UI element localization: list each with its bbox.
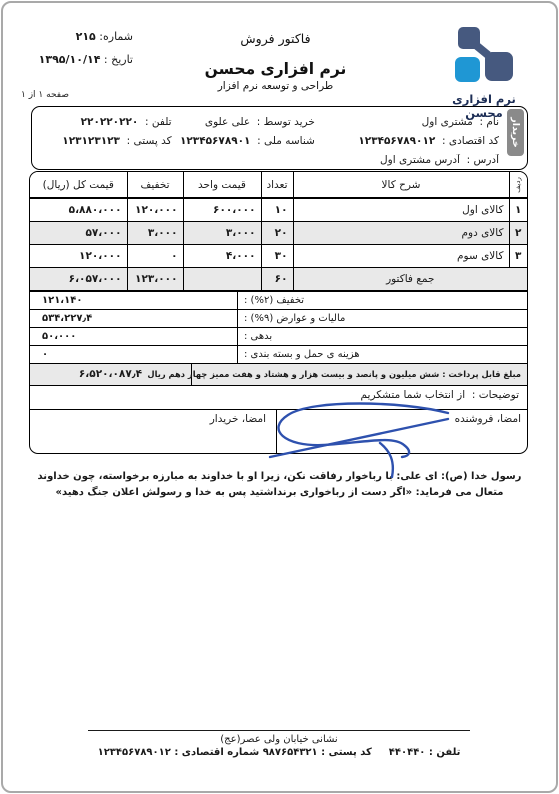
logo-squares-icon: [455, 27, 513, 85]
item-row: ۲ کالای دوم ۲۰ ۳،۰۰۰ ۳،۰۰۰ ۵۷،۰۰۰: [30, 221, 527, 244]
col-header-row-number: ردیف: [509, 172, 527, 198]
total-quantity: ۶۰: [275, 273, 288, 285]
hadith-text: رسول خدا (ص): ای علی: با رباخوار رفاقت ن…: [34, 469, 526, 500]
seller-signature-cell: امضا، فروشنده: [276, 410, 527, 453]
buyer-address-value: آدرس مشتری اول: [380, 154, 460, 166]
buyer-tab: خریدار: [507, 109, 524, 156]
signature-section: امضا، فروشنده امضا، خریدار: [30, 409, 527, 453]
item-description: کالای اول: [293, 198, 509, 221]
col-header-description: شرح کالا: [293, 172, 509, 198]
footer-address: نشانی خیابان ولی عصر(عج): [88, 734, 470, 745]
item-discount: ۰: [171, 250, 177, 262]
invoice-page: نرم افزاری محسن فاکتور فروش نرم افزاری م…: [1, 1, 558, 793]
hadith-note: رسول خدا (ص): ای علی: با رباخوار رفاقت ن…: [33, 469, 526, 500]
item-row: ۱ کالای اول ۱۰ ۶۰۰،۰۰۰ ۱۲۰،۰۰۰ ۵،۸۸۰،۰۰۰: [30, 198, 527, 221]
summary-shipping-row: هزینه ی حمل و بسته بندی : ۰: [30, 345, 527, 363]
buyer-postal-value: ۱۲۳۱۲۳۱۲۳: [62, 135, 120, 147]
items-header-row: ردیف شرح کالا تعداد قیمت واحد تخفیف قیمت…: [30, 172, 527, 198]
company-tagline: طراحی و توسعه نرم افزار: [163, 80, 388, 92]
purchased-by-value: علی علوی: [205, 116, 250, 128]
purchased-by-field: خرید توسط : علی علوی: [172, 116, 315, 128]
col-header-unit-price: قیمت واحد: [183, 172, 261, 198]
item-discount: ۱۲۰،۰۰۰: [135, 204, 177, 216]
header-center: فاکتور فروش نرم افزاری محسن طراحی و توسع…: [163, 31, 388, 92]
invoice-number-value: ۲۱۵: [76, 30, 96, 43]
buyer-tab-label: خریدار: [510, 117, 521, 148]
total-amount: ۶،۰۵۷،۰۰۰: [69, 273, 122, 285]
page-number: صفحه ۱ از ۱: [21, 90, 69, 100]
item-description: کالای دوم: [293, 221, 509, 244]
footer-postal-value: ۹۸۷۶۵۴۳۲۱: [263, 747, 318, 758]
notes-row: توضیحات : از انتخاب شما متشکریم: [30, 385, 527, 409]
item-total: ۵،۸۸۰،۰۰۰: [69, 204, 122, 216]
payable-amount-value: ۶،۵۲۰،۰۸۷٫۴: [30, 368, 191, 380]
buyer-phone-label: تلفن :: [145, 116, 172, 128]
company-name-title: نرم افزاری محسن: [163, 60, 388, 78]
footer-economic-label: شماره اقتصادی :: [174, 747, 259, 758]
summary-tax-row: مالیات و عوارض (۹%) : ۵۳۴،۲۲۷٫۴: [30, 309, 527, 327]
invoice-body: ردیف شرح کالا تعداد قیمت واحد تخفیف قیمت…: [29, 171, 528, 454]
summary-discount-row: تخفیف (۲%) : ۱۲۱،۱۴۰: [30, 291, 527, 309]
buyer-signature-cell: امضا، خریدار: [30, 410, 276, 453]
buyer-row-2: کد اقتصادی : ۱۲۳۴۵۶۷۸۹۰۱۲ شناسه ملی : ۱۲…: [42, 131, 499, 150]
buyer-info-box: خریدار نام : مشتری اول خرید توسط : علی ع…: [31, 106, 528, 170]
invoice-total-label: جمع فاکتور: [293, 267, 527, 290]
footer-economic-value: ۱۲۳۴۵۶۷۸۹۰۱۲: [98, 747, 171, 758]
invoice-meta: شماره: ۲۱۵ تاریخ : ۱۳۹۵/۱۰/۱۴: [21, 30, 133, 76]
total-unit-price-empty: [183, 267, 261, 290]
footer-contact-line: تلفن : ۴۴۰۴۴۰ کد پستی : ۹۸۷۶۵۴۳۲۱ شماره …: [88, 747, 470, 758]
items-table: ردیف شرح کالا تعداد قیمت واحد تخفیف قیمت…: [30, 172, 527, 291]
national-id-field: شناسه ملی : ۱۲۳۴۵۶۷۸۹۰۱: [172, 135, 315, 147]
invoice-date-label: تاریخ :: [104, 53, 133, 66]
buyer-row-1: نام : مشتری اول خرید توسط : علی علوی تلف…: [42, 112, 499, 131]
footer-phone-label: تلفن :: [429, 747, 461, 758]
economic-code-label: کد اقتصادی :: [442, 135, 499, 147]
summary-tax-label: مالیات و عوارض (۹%) :: [237, 310, 527, 327]
buyer-phone-field: تلفن : ۲۲۰۲۲۰۲۲۰: [42, 116, 172, 128]
buyer-name-label: نام :: [480, 116, 500, 128]
invoice-date-value: ۱۳۹۵/۱۰/۱۴: [39, 53, 101, 66]
col-header-quantity: تعداد: [261, 172, 293, 198]
item-row: ۳ کالای سوم ۳۰ ۴،۰۰۰ ۰ ۱۲۰،۰۰۰: [30, 244, 527, 267]
national-id-label: شناسه ملی :: [257, 135, 315, 147]
summary-shipping-value: ۰: [42, 349, 48, 360]
item-row-number: ۳: [509, 244, 527, 267]
summary-debt-label: بدهی :: [237, 328, 527, 345]
buyer-row-3: آدرس : آدرس مشتری اول: [42, 150, 499, 169]
footer-phone-value: ۴۴۰۴۴۰: [389, 747, 426, 758]
buyer-address-label: آدرس :: [467, 154, 499, 166]
invoice-number-label: شماره:: [99, 30, 133, 43]
item-quantity: ۳۰: [275, 250, 288, 262]
summary-debt-value: ۵۰،۰۰۰: [42, 331, 76, 342]
payable-words-value: شش میلیون و پانصد و بیست هزار و هشتاد و …: [147, 369, 439, 379]
page-footer: نشانی خیابان ولی عصر(عج) تلفن : ۴۴۰۴۴۰ ک…: [88, 730, 470, 758]
item-description: کالای سوم: [293, 244, 509, 267]
economic-code-value: ۱۲۳۴۵۶۷۸۹۰۱۲: [358, 135, 435, 147]
buyer-address-field: آدرس : آدرس مشتری اول: [42, 154, 499, 166]
buyer-phone-value: ۲۲۰۲۲۰۲۲۰: [81, 116, 139, 128]
summary-discount-label: تخفیف (۲%) :: [237, 292, 527, 309]
item-unit-price: ۶۰۰،۰۰۰: [213, 204, 255, 216]
summary-debt-row: بدهی : ۵۰،۰۰۰: [30, 327, 527, 345]
item-unit-price: ۳،۰۰۰: [226, 227, 256, 239]
item-row-number: ۲: [509, 221, 527, 244]
summary-shipping-label: هزینه ی حمل و بسته بندی :: [237, 346, 527, 363]
national-id-value: ۱۲۳۴۵۶۷۸۹۰۱: [180, 135, 251, 147]
summary-discount-value: ۱۲۱،۱۴۰: [42, 295, 82, 306]
invoice-total-row: جمع فاکتور ۶۰ ۱۲۳،۰۰۰ ۶،۰۵۷،۰۰۰: [30, 267, 527, 290]
summary-tax-value: ۵۳۴،۲۲۷٫۴: [42, 313, 92, 324]
item-quantity: ۱۰: [275, 204, 288, 216]
item-unit-price: ۴،۰۰۰: [226, 250, 256, 262]
item-total: ۱۲۰،۰۰۰: [79, 250, 121, 262]
payable-label: مبلغ قابل پرداخت :: [442, 369, 521, 379]
buyer-postal-label: کد پستی :: [127, 135, 172, 147]
notes-label: توضیحات :: [472, 389, 519, 401]
payable-words: مبلغ قابل پرداخت : شش میلیون و پانصد و ب…: [191, 364, 527, 385]
purchased-by-label: خرید توسط :: [257, 116, 315, 128]
total-discount: ۱۲۳،۰۰۰: [135, 273, 177, 285]
item-quantity: ۲۰: [275, 227, 288, 239]
col-header-discount: تخفیف: [127, 172, 183, 198]
notes-value: از انتخاب شما متشکریم: [361, 389, 466, 401]
invoice-number-line: شماره: ۲۱۵: [21, 30, 133, 43]
buyer-name-field: نام : مشتری اول: [315, 116, 499, 128]
item-total: ۵۷،۰۰۰: [85, 227, 121, 239]
item-row-number: ۱: [509, 198, 527, 221]
col-header-total: قیمت کل (ریال): [30, 172, 127, 198]
item-discount: ۳،۰۰۰: [148, 227, 178, 239]
buyer-name-value: مشتری اول: [422, 116, 473, 128]
invoice-type-title: فاکتور فروش: [163, 31, 388, 46]
payable-amount-row: مبلغ قابل پرداخت : شش میلیون و پانصد و ب…: [30, 363, 527, 385]
buyer-postal-field: کد پستی : ۱۲۳۱۲۳۱۲۳: [42, 135, 172, 147]
economic-code-field: کد اقتصادی : ۱۲۳۴۵۶۷۸۹۰۱۲: [315, 135, 499, 147]
footer-postal-label: کد پستی :: [321, 747, 372, 758]
invoice-date-line: تاریخ : ۱۳۹۵/۱۰/۱۴: [21, 53, 133, 66]
